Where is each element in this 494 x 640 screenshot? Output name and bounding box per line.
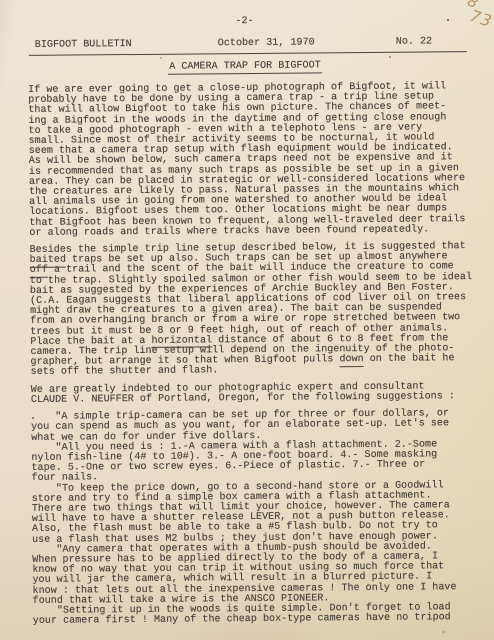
paragraph-intro: If we are ever going to get a close-up p…: [28, 82, 475, 239]
masthead-issue-number: No. 22: [396, 36, 432, 47]
page-number: -2-: [0, 14, 492, 29]
article-title: A CAMERA TRAP FOR BIGFOOT: [168, 60, 322, 74]
paragraph-credit: We are greatly indebted to our photograp…: [31, 382, 477, 406]
article-title-wrap: A CAMERA TRAP FOR BIGFOOT: [0, 59, 492, 74]
paragraph-baited-traps: Besides the simple trip line setup descr…: [30, 242, 477, 379]
masthead-title: BIGFOOT BULLETIN: [35, 39, 132, 51]
masthead-date: October 31, 1970: [218, 37, 315, 49]
article-body: If we are ever going to get a close-up p…: [28, 82, 479, 634]
masthead: BIGFOOT BULLETIN October 31, 1970 No. 22: [29, 36, 467, 56]
scanned-newsletter-page: 8 73 -2- BIGFOOT BULLETIN October 31, 19…: [0, 0, 494, 640]
paragraph-neuffer-suggestions: "A simple trip-camera can be set up for …: [31, 409, 479, 627]
